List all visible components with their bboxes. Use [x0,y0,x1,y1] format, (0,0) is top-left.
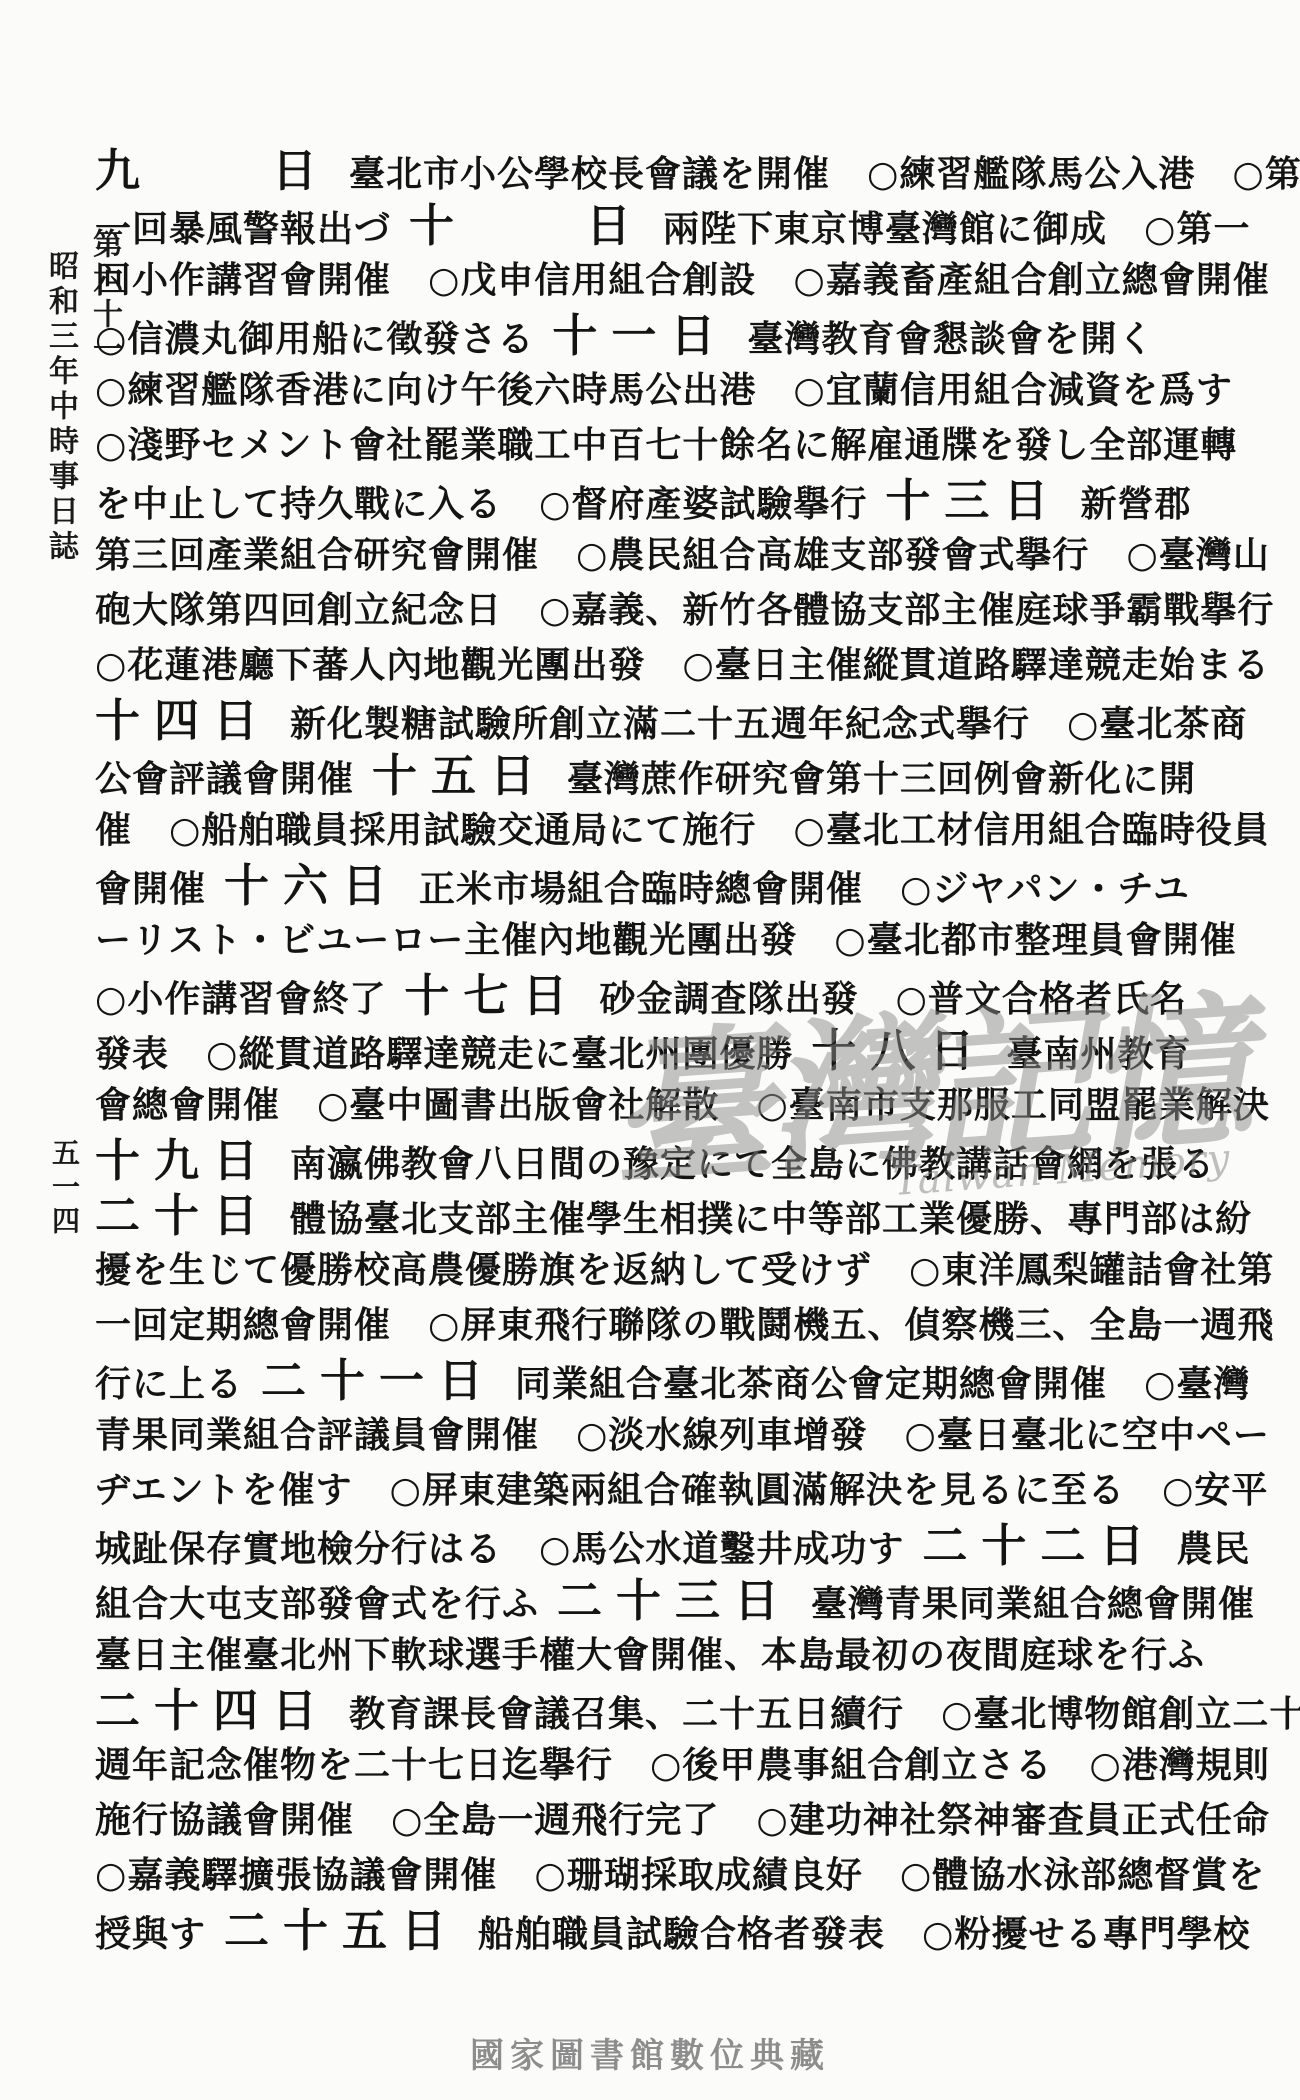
date-heading: 二十五日 [224,1904,460,1957]
entry-text: 青果同業組合評議員會開催 ○淡水線列車增發 ○臺日臺北に空中ペー [95,1414,1270,1456]
chronicle-line: 一回定期總會開催 ○屏東飛行聯隊の戰鬪機五、偵察機三、全島一週飛 [95,1298,1215,1353]
entry-text: 同業組合臺北茶商公會定期總會開催 ○臺灣 [515,1363,1250,1405]
date-heading: 二十日 [95,1189,272,1242]
chronicle-line: ○嘉義驛擴張協議會開催 ○珊瑚採取成績良好 ○體協水泳部總督賞を [95,1848,1215,1903]
chronicle-line: ○練習艦隊香港に向け午後六時馬公出港 ○宜蘭信用組合減資を爲す [95,363,1215,418]
entry-text: 行に上る [95,1363,243,1405]
chronicle-line: 行に上る二十一日同業組合臺北茶商公會定期總會開催 ○臺灣 [95,1353,1215,1408]
entry-text: ○小作講習會終了 [95,978,386,1020]
date-heading: 十一日 [552,309,729,362]
entry-text: 砂金調查隊出發 ○普文合格者氏名 [599,978,1186,1020]
chronicle-line: 發表 ○縱貫道路驛達競走に臺北州團優勝十八日臺南州教育 [95,1023,1215,1078]
entry-text: 教育課長會議召集、二十五日續行 ○臺北博物館創立二十 [349,1693,1300,1735]
entry-text: 一回暴風警報出づ [95,208,391,250]
chronicle-line: 會總會開催 ○臺中圖書出版會社解散 ○臺南市支那服工同盟罷業解決 [95,1078,1215,1133]
chronicle-line: 臺日主催臺北州下軟球選手權大會開催、本島最初の夜間庭球を行ふ [95,1628,1215,1683]
entry-text: 第三回產業組合研究會開催 ○農民組合高雄支部發會式擧行 ○臺灣山 [95,534,1270,576]
entry-text: 施行協議會開催 ○全島一週飛行完了 ○建功神社祭神審查員正式任命 [95,1799,1270,1841]
date-heading: 十五日 [372,749,549,802]
date-heading: 十六日 [224,859,401,912]
entry-text: 會總會開催 ○臺中圖書出版會社解散 ○臺南市支那服工同盟罷業解決 [95,1084,1270,1126]
date-heading: 十七日 [404,969,581,1022]
chronicle-line: 十四日新化製糖試驗所創立滿二十五週年紀念式擧行 ○臺北茶商 [95,693,1215,748]
date-heading: 十四日 [95,694,272,747]
chronicle-line: 組合大屯支部發會式を行ふ二十三日臺灣青果同業組合總會開催 [95,1573,1215,1628]
entry-text: を中止して持久戰に入る ○督府產婆試驗擧行 [95,483,867,525]
chronicle-body: 九 日臺北市小公學校長會議を開催 ○練習艦隊馬公入港 ○第一回暴風警報出づ十 日… [95,143,1215,1958]
chronicle-line: 二十四日教育課長會議召集、二十五日續行 ○臺北博物館創立二十 [95,1683,1215,1738]
entry-text: 體協臺北支部主催學生相撲に中等部工業優勝、專門部は紛 [290,1198,1252,1240]
chronicle-line: 回小作講習會開催 ○戊申信用組合創設 ○嘉義畜產組合創立總會開催 [95,253,1215,308]
entry-text: 組合大屯支部發會式を行ふ [95,1583,539,1625]
entry-text: ○練習艦隊香港に向け午後六時馬公出港 ○宜蘭信用組合減資を爲す [95,369,1233,411]
entry-text: 臺灣蔗作研究會第十三回例會新化に開 [567,758,1196,800]
date-heading: 十三日 [885,474,1062,527]
entry-text: 臺灣青果同業組合總會開催 [811,1583,1255,1625]
chronicle-line: 施行協議會開催 ○全島一週飛行完了 ○建功神社祭神審查員正式任命 [95,1793,1215,1848]
entry-text: 城趾保存實地檢分行はる ○馬公水道鑿井成功す [95,1528,904,1570]
chronicle-line: ○淺野セメント會社罷業職工中百七十餘名に解雇通牒を發し全部運轉 [95,418,1215,473]
archive-caption: 國家圖書館數位典藏 [0,2028,1300,2077]
chronicle-line: ○小作講習會終了十七日砂金調查隊出發 ○普文合格者氏名 [95,968,1215,1023]
entry-text: 新營郡 [1080,483,1191,525]
date-heading: 十 日 [409,199,645,252]
entry-text: 臺北市小公學校長會議を開催 ○練習艦隊馬公入港 ○第 [349,153,1300,195]
entry-text: 會開催 [95,868,206,910]
entry-text: 回小作講習會開催 ○戊申信用組合創設 ○嘉義畜產組合創立總會開催 [95,259,1270,301]
chronicle-line: 公會評議會開催十五日臺灣蔗作研究會第十三回例會新化に開 [95,748,1215,803]
chronicle-line: ○信濃丸御用船に徵發さる十一日臺灣教育會懇談會を開く [95,308,1215,363]
date-heading: 二十二日 [922,1519,1158,1572]
date-heading: 十八日 [811,1024,988,1077]
page-number: 五一四 [44,1138,84,1240]
entry-text: 兩陛下東京博臺灣館に御成 ○第一 [663,208,1250,250]
entry-text: 發表 ○縱貫道路驛達競走に臺北州團優勝 [95,1033,793,1075]
date-heading: 二十四日 [95,1684,331,1737]
scanned-document-page: 第六十一 昭和三年中時事日誌 五一四 九 日臺北市小公學校長會議を開催 ○練習艦… [0,0,1300,2100]
entry-text: 授與す [95,1913,206,1955]
chronicle-line: ヂエントを催す ○屏東建築兩組合確執圓滿解決を見るに至る ○安平 [95,1463,1215,1518]
entry-text: 船舶職員試驗合格者發表 ○粉擾せる專門學校 [478,1913,1250,1955]
entry-text: 擾を生じて優勝校高農優勝旗を返納して受けず ○東洋鳳梨罐詰會社第 [95,1249,1274,1291]
chronicle-line: 砲大隊第四回創立紀念日 ○嘉義、新竹各體協支部主催庭球爭霸戰擧行 [95,583,1215,638]
date-heading: 二十三日 [557,1574,793,1627]
entry-text: ○花蓮港廳下蕃人內地觀光團出發 ○臺日主催縱貫道路驛達競走始まる [95,644,1270,686]
date-heading: 二十一日 [261,1354,497,1407]
chronicle-line: 青果同業組合評議員會開催 ○淡水線列車增發 ○臺日臺北に空中ペー [95,1408,1215,1463]
entry-text: ○淺野セメント會社罷業職工中百七十餘名に解雇通牒を發し全部運轉 [95,424,1237,466]
chronicle-line: 二十日體協臺北支部主催學生相撲に中等部工業優勝、專門部は紛 [95,1188,1215,1243]
entry-text: 催 ○船舶職員採用試驗交通局にて施行 ○臺北工材信用組合臨時役員 [95,809,1270,851]
chronicle-line: 城趾保存實地檢分行はる ○馬公水道鑿井成功す二十二日農民 [95,1518,1215,1573]
entry-text: 農民 [1176,1528,1250,1570]
chronicle-line: 十九日南瀛佛教會八日間の豫定にて全島に佛教講話會網を張る [95,1133,1215,1188]
chronicle-line: ○花蓮港廳下蕃人內地觀光團出發 ○臺日主催縱貫道路驛達競走始まる [95,638,1215,693]
entry-text: ○嘉義驛擴張協議會開催 ○珊瑚採取成績良好 ○體協水泳部總督賞を [95,1854,1265,1896]
chronicle-line: 授與す二十五日船舶職員試驗合格者發表 ○粉擾せる專門學校 [95,1903,1215,1958]
entry-text: 南瀛佛教會八日間の豫定にて全島に佛教講話會網を張る [290,1143,1215,1185]
chronicle-line: 九 日臺北市小公學校長會議を開催 ○練習艦隊馬公入港 ○第 [95,143,1215,198]
entry-text: 正米市場組合臨時總會開催 ○ジヤパン・チユ [419,868,1190,910]
entry-text: ーリスト・ビユーロー主催內地觀光團出發 ○臺北都市整理員會開催 [95,919,1237,961]
entry-text: ○信濃丸御用船に徵發さる [95,318,534,360]
entry-text: 公會評議會開催 [95,758,354,800]
entry-text: 臺南州教育 [1006,1033,1191,1075]
date-heading: 九 日 [95,144,331,197]
entry-text: 新化製糖試驗所創立滿二十五週年紀念式擧行 ○臺北茶商 [290,703,1247,745]
chronicle-line: 週年記念催物を二十七日迄擧行 ○後甲農事組合創立さる ○港灣規則 [95,1738,1215,1793]
chronicle-line: 擾を生じて優勝校高農優勝旗を返納して受けず ○東洋鳳梨罐詰會社第 [95,1243,1215,1298]
entry-text: 一回定期總會開催 ○屏東飛行聯隊の戰鬪機五、偵察機三、全島一週飛 [95,1304,1274,1346]
chronicle-line: 一回暴風警報出づ十 日兩陛下東京博臺灣館に御成 ○第一 [95,198,1215,253]
entry-text: 砲大隊第四回創立紀念日 ○嘉義、新竹各體協支部主催庭球爭霸戰擧行 [95,589,1274,631]
date-heading: 十九日 [95,1134,272,1187]
chronicle-line: を中止して持久戰に入る ○督府產婆試驗擧行十三日新營郡 [95,473,1215,528]
chronicle-line: 第三回產業組合研究會開催 ○農民組合高雄支部發會式擧行 ○臺灣山 [95,528,1215,583]
chronicle-title: 昭和三年中時事日誌 [38,250,82,928]
entry-text: 週年記念催物を二十七日迄擧行 ○後甲農事組合創立さる ○港灣規則 [95,1744,1270,1786]
chronicle-line: 催 ○船舶職員採用試驗交通局にて施行 ○臺北工材信用組合臨時役員 [95,803,1215,858]
chronicle-line: 會開催十六日正米市場組合臨時總會開催 ○ジヤパン・チユ [95,858,1215,913]
entry-text: 臺灣教育會懇談會を開く [747,318,1154,360]
entry-text: ヂエントを催す ○屏東建築兩組合確執圓滿解決を見るに至る ○安平 [95,1469,1268,1511]
entry-text: 臺日主催臺北州下軟球選手權大會開催、本島最初の夜間庭球を行ふ [95,1634,1205,1676]
chronicle-line: ーリスト・ビユーロー主催內地觀光團出發 ○臺北都市整理員會開催 [95,913,1215,968]
